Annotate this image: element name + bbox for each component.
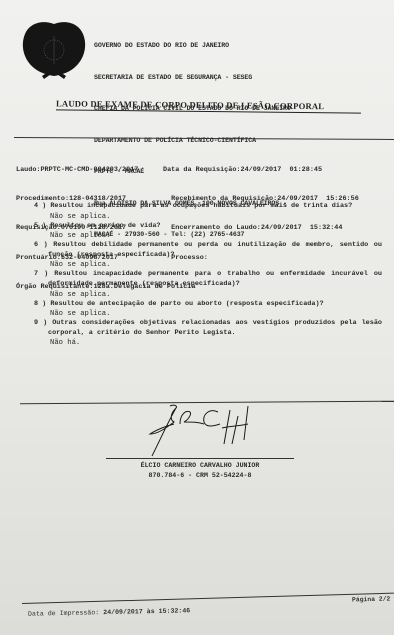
question-answer: Não há. bbox=[34, 338, 382, 348]
print-date-value: 24/09/2017 às 15:32:46 bbox=[103, 607, 190, 616]
question-answer: Não se aplica. bbox=[34, 260, 382, 270]
print-date: Data de Impressão: 24/09/2017 às 15:32:4… bbox=[28, 607, 190, 617]
header-line: GOVERNO DO ESTADO DO RIO DE JANEIRO bbox=[94, 41, 291, 52]
question-item: 7 ) Resultou incapacidade permanente par… bbox=[34, 270, 382, 299]
question-text: Resultou debilidade permanente ou perda … bbox=[48, 241, 382, 259]
question-item: 6 ) Resultou debilidade permanente ou pe… bbox=[34, 241, 382, 270]
signer-name: ÉLCIO CARNEIRO CARVALHO JUNIOR bbox=[106, 461, 294, 471]
signature bbox=[140, 400, 270, 460]
question-answer: Não se aplica. bbox=[34, 231, 382, 241]
question-text: Resultou de antecipação de parto ou abor… bbox=[50, 300, 323, 308]
question-item: 4 ) Resultou incapacidade para as ocupaç… bbox=[34, 202, 382, 222]
question-number: 6 ) bbox=[34, 241, 48, 249]
state-crest-icon bbox=[20, 18, 88, 82]
question-answer: Não se aplica. bbox=[34, 290, 382, 300]
question-text: Outras considerações objetivas relaciona… bbox=[48, 319, 382, 337]
question-text: Resultou incapacidade permanente para o … bbox=[48, 270, 382, 288]
question-item: 5 ) Resultou em perigo de vida? Não se a… bbox=[34, 222, 382, 242]
page-number: Página 2/2 bbox=[352, 595, 391, 603]
footer-divider bbox=[22, 593, 394, 604]
header-line: SECRETARIA DE ESTADO DE SEGURANÇA - SESE… bbox=[94, 73, 291, 84]
question-answer: Não se aplica. bbox=[34, 212, 382, 222]
question-answer: Não se aplica. bbox=[34, 309, 382, 319]
question-text: Resultou incapacidade para as ocupações … bbox=[50, 202, 352, 210]
document-page: GOVERNO DO ESTADO DO RIO DE JANEIRO SECR… bbox=[0, 0, 394, 635]
question-text: Resultou em perigo de vida? bbox=[50, 222, 160, 230]
data-requisicao: Data da Requisição:24/09/2017 01:28:45 bbox=[163, 166, 359, 176]
question-number: 5 ) bbox=[34, 222, 46, 230]
signer-block: ÉLCIO CARNEIRO CARVALHO JUNIOR 870.784-6… bbox=[106, 458, 294, 481]
question-number: 4 ) bbox=[34, 202, 46, 210]
question-item: 9 ) Outras considerações objetivas relac… bbox=[34, 319, 382, 348]
questions-list: 4 ) Resultou incapacidade para as ocupaç… bbox=[34, 202, 382, 348]
question-number: 8 ) bbox=[34, 300, 46, 308]
question-number: 9 ) bbox=[34, 319, 47, 327]
question-number: 7 ) bbox=[34, 270, 48, 278]
print-date-label: Data de Impressão: bbox=[28, 609, 99, 617]
signer-registration: 870.784-6 - CRM 52-54224-8 bbox=[106, 471, 294, 481]
question-item: 8 ) Resultou de antecipação de parto ou … bbox=[34, 300, 382, 320]
